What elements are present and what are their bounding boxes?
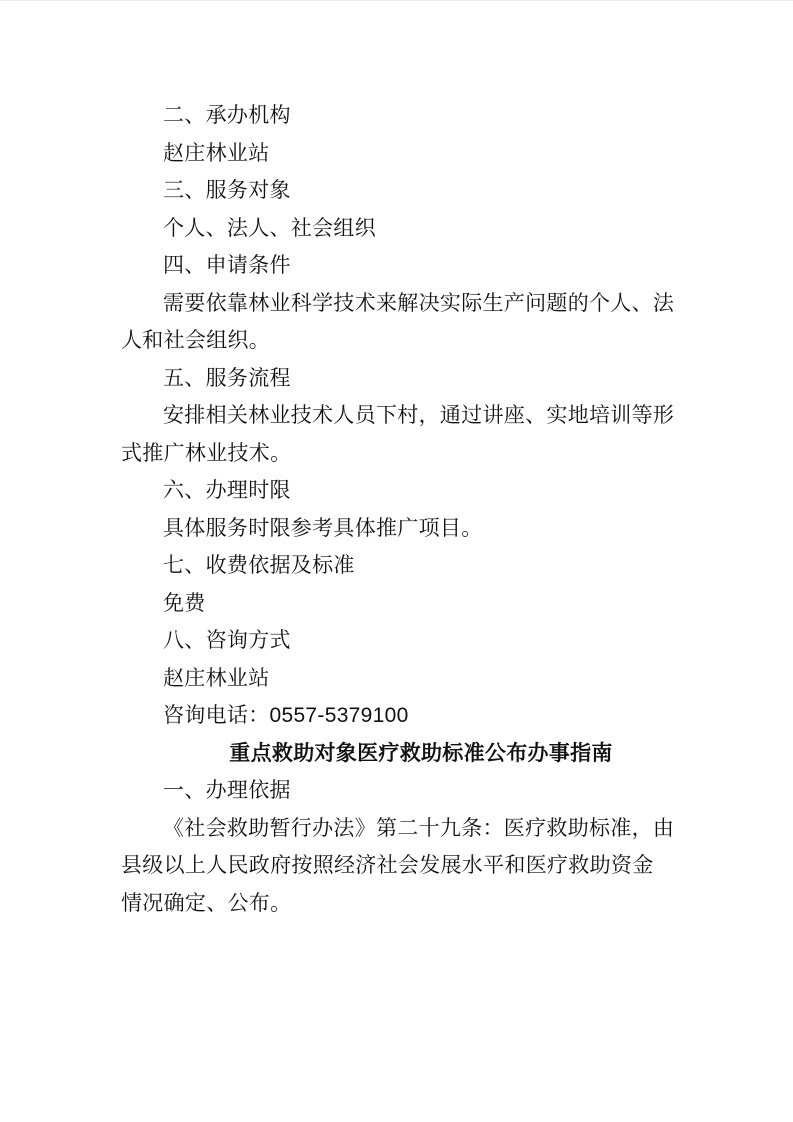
paragraph-text: 需要依靠林业科学技术来解决实际生产问题的个人、法 人和社会组织。 bbox=[121, 285, 679, 360]
document-content: 二、承办机构 赵庄林业站 三、服务对象 个人、法人、社会组织 四、申请条件 需要… bbox=[121, 0, 679, 922]
paragraph-text: 具体服务时限参考具体推广项目。 bbox=[121, 510, 679, 548]
numbered-heading: 二、承办机构 bbox=[121, 97, 679, 135]
paragraph-text: 免费 bbox=[121, 585, 679, 623]
paragraph-text: 个人、法人、社会组织 bbox=[121, 210, 679, 248]
paragraph-text: 《社会救助暂行办法》第二十九条：医疗救助标准，由 县级以上人民政府按照经济社会发… bbox=[121, 810, 679, 923]
numbered-heading: 七、收费依据及标准 bbox=[121, 547, 679, 585]
numbered-heading: 三、服务对象 bbox=[121, 172, 679, 210]
numbered-heading: 五、服务流程 bbox=[121, 360, 679, 398]
paragraph-text: 赵庄林业站 bbox=[121, 660, 679, 698]
contact-phone-line: 咨询电话：0557-5379100 bbox=[121, 697, 679, 735]
paragraph-text: 安排相关林业技术人员下村，通过讲座、实地培训等形 式推广林业技术。 bbox=[121, 397, 679, 472]
doc-title: 重点救助对象医疗救助标准公布办事指南 bbox=[121, 735, 679, 773]
document-page: 二、承办机构 赵庄林业站 三、服务对象 个人、法人、社会组织 四、申请条件 需要… bbox=[0, 0, 793, 1122]
numbered-heading: 一、办理依据 bbox=[121, 772, 679, 810]
paragraph-text: 赵庄林业站 bbox=[121, 135, 679, 173]
numbered-heading: 四、申请条件 bbox=[121, 247, 679, 285]
numbered-heading: 六、办理时限 bbox=[121, 472, 679, 510]
numbered-heading: 八、咨询方式 bbox=[121, 622, 679, 660]
